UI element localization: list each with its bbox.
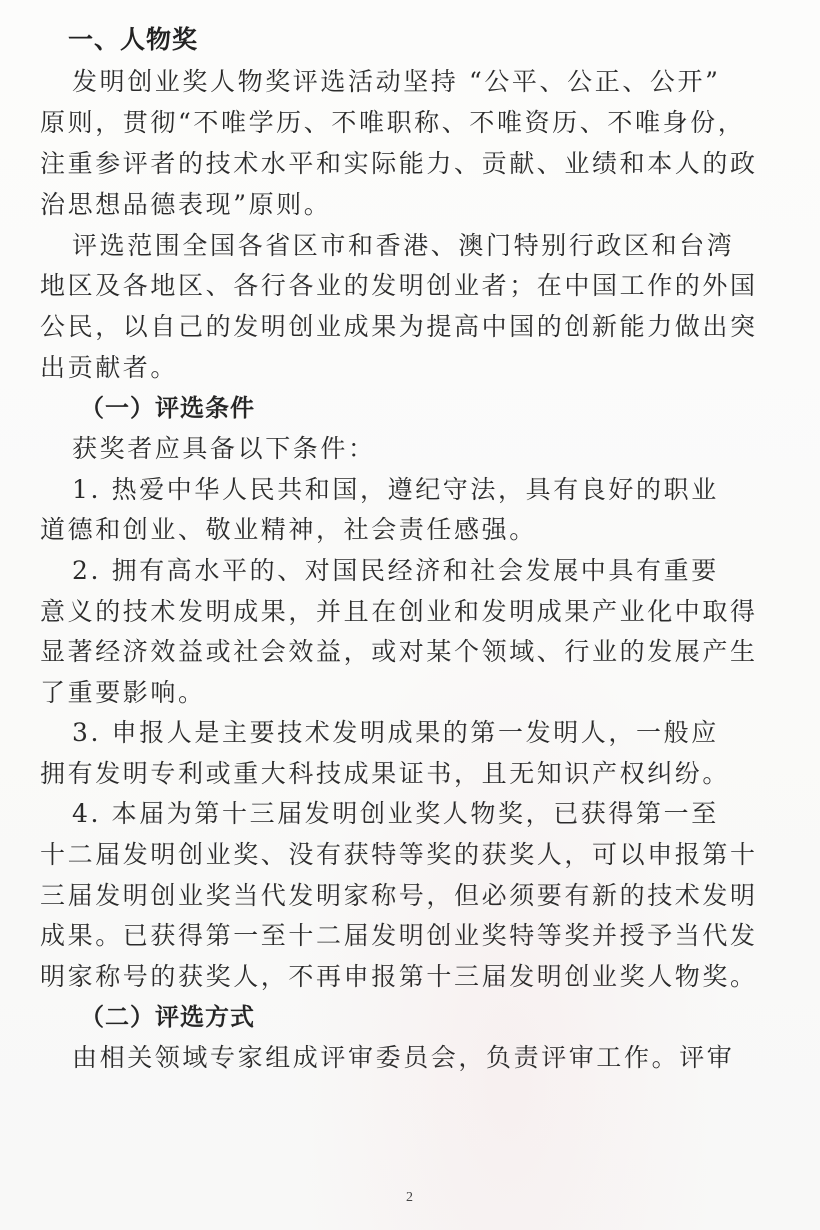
document-page: 一、人物奖 发明创业奖人物奖评选活动坚持 “公平、公正、公开” 原则，贯彻“不唯… xyxy=(0,0,820,1230)
criteria-item-3-line: 3. 申报人是主要技术发明成果的第一发明人，一般应 xyxy=(72,717,719,749)
criteria-item-2-line: 意义的技术发明成果，并且在创业和发明成果产业化中取得 xyxy=(40,596,758,628)
subsection-heading-method: （二）评选方式 xyxy=(80,1001,255,1033)
paragraph-line: 注重参评者的技术水平和实际能力、贡献、业绩和本人的政 xyxy=(40,148,758,180)
paragraph-line: 出贡献者。 xyxy=(40,352,178,384)
criteria-item-1-line: 1. 热爱中华人民共和国，遵纪守法，具有良好的职业 xyxy=(72,474,719,506)
section-heading-person-award: 一、人物奖 xyxy=(68,24,198,56)
criteria-item-4-line: 明家称号的获奖人，不再申报第十三届发明创业奖人物奖。 xyxy=(40,961,758,993)
criteria-item-2-line: 2. 拥有高水平的、对国民经济和社会发展中具有重要 xyxy=(72,555,719,587)
paragraph-line: 公民，以自己的发明创业成果为提高中国的创新能力做出突 xyxy=(40,311,758,343)
paragraph-line: 地区及各地区、各行各业的发明创业者；在中国工作的外国 xyxy=(40,270,758,302)
criteria-item-4-line: 4. 本届为第十三届发明创业奖人物奖，已获得第一至 xyxy=(72,798,719,830)
subsection-heading-criteria: （一）评选条件 xyxy=(80,392,255,424)
paragraph-line: 原则，贯彻“不唯学历、不唯职称、不唯资历、不唯身份， xyxy=(40,107,745,139)
criteria-item-1-line: 道德和创业、敬业精神，社会责任感强。 xyxy=(40,514,537,546)
criteria-intro: 获奖者应具备以下条件： xyxy=(72,433,376,465)
paragraph-line: 评选范围全国各省区市和香港、澳门特别行政区和台湾 xyxy=(72,230,734,262)
method-intro: 由相关领域专家组成评审委员会，负责评审工作。评审 xyxy=(72,1042,734,1074)
criteria-item-4-line: 十二届发明创业奖、没有获特等奖的获奖人，可以申报第十 xyxy=(40,839,758,871)
criteria-item-2-line: 了重要影响。 xyxy=(40,677,206,709)
criteria-item-3-line: 拥有发明专利或重大科技成果证书，且无知识产权纠纷。 xyxy=(40,758,730,790)
paragraph-line: 治思想品德表现”原则。 xyxy=(40,189,331,221)
criteria-item-4-line: 三届发明创业奖当代发明家称号，但必须要有新的技术发明 xyxy=(40,880,758,912)
page-number: 2 xyxy=(406,1190,413,1206)
paragraph-line: 发明创业奖人物奖评选活动坚持 “公平、公正、公开” xyxy=(72,66,721,98)
criteria-item-4-line: 成果。已获得第一至十二届发明创业奖特等奖并授予当代发 xyxy=(40,920,758,952)
criteria-item-2-line: 显著经济效益或社会效益，或对某个领域、行业的发展产生 xyxy=(40,636,758,668)
